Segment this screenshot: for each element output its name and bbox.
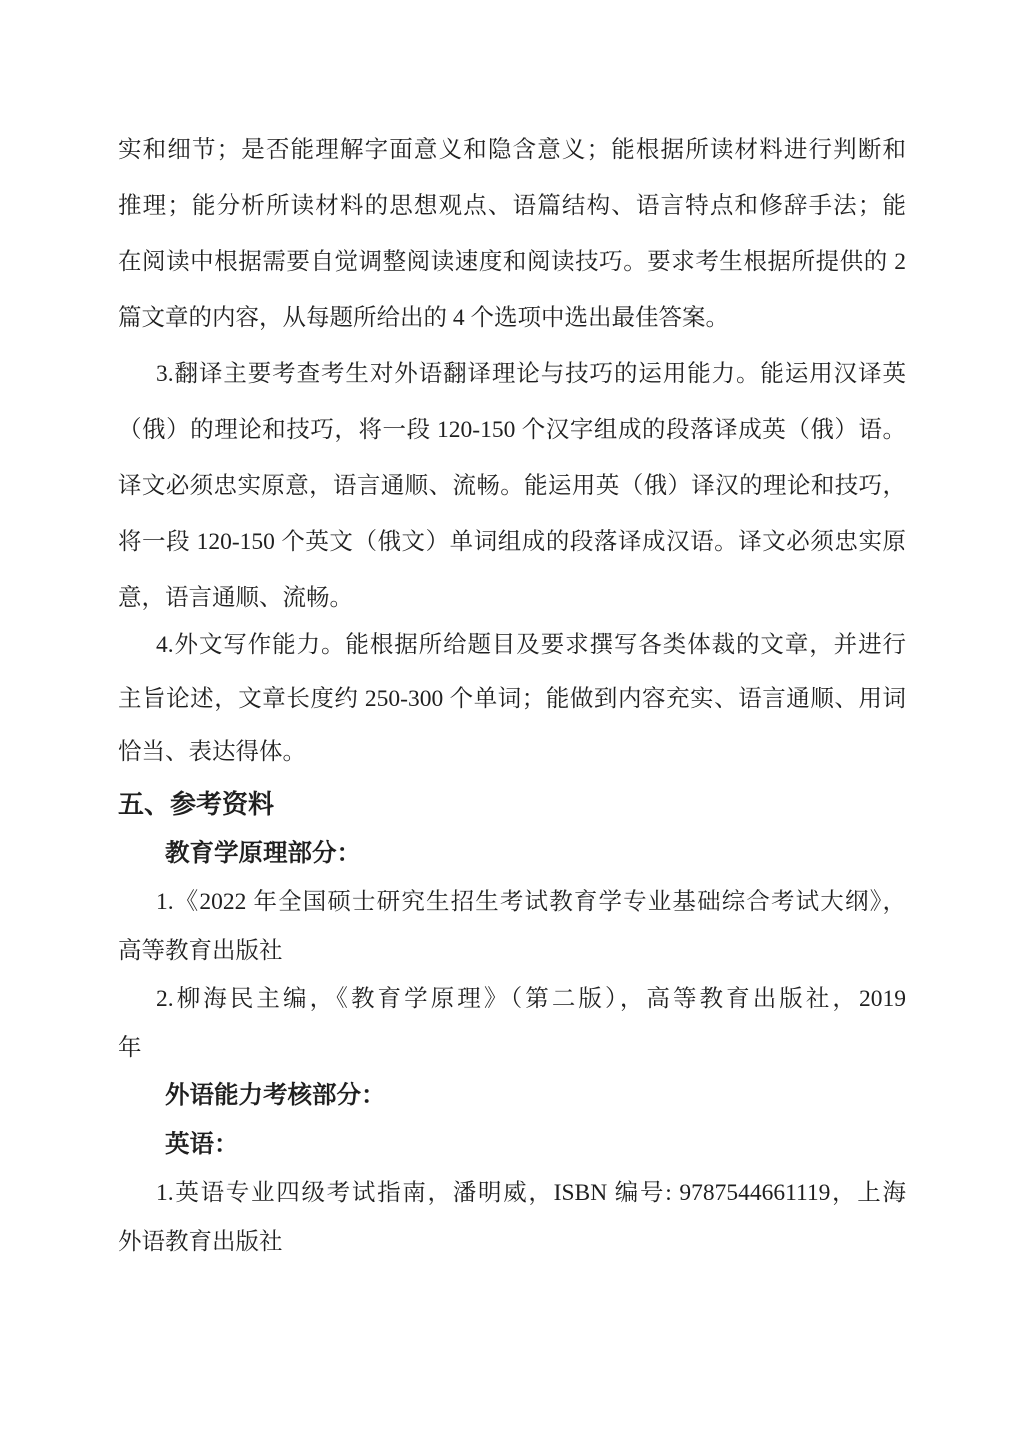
sub-heading: 教育学原理部分：	[118, 830, 906, 879]
text-line: 译文必须忠实原意，语言通顺、流畅。能运用英（俄）译汉的理论和技巧，	[118, 458, 906, 514]
text-line: （俄）的理论和技巧，将一段 120-150 个汉字组成的段落译成英（俄）语。	[118, 402, 906, 458]
section-reference-materials: 五、参考资料教育学原理部分：1.《2022 年全国硕士研究生招生考试教育学专业基…	[118, 781, 906, 1266]
section-reading-and-translation: 实和细节；是否能理解字面意义和隐含意义；能根据所读材料进行判断和推理；能分析所读…	[118, 122, 906, 626]
text-line: 实和细节；是否能理解字面意义和隐含意义；能根据所读材料进行判断和	[118, 122, 906, 178]
text-line: 4.外文写作能力。能根据所给题目及要求撰写各类体裁的文章，并进行	[118, 619, 906, 673]
text-line: 将一段 120-150 个英文（俄文）单词组成的段落译成汉语。译文必须忠实原	[118, 514, 906, 570]
text-line: 年	[118, 1024, 906, 1073]
text-line: 1.《2022 年全国硕士研究生招生考试教育学专业基础综合考试大纲》，	[118, 878, 906, 927]
section-writing-ability: 4.外文写作能力。能根据所给题目及要求撰写各类体裁的文章，并进行主旨论述，文章长…	[118, 619, 906, 780]
text-line: 3.翻译主要考查考生对外语翻译理论与技巧的运用能力。能运用汉译英	[118, 346, 906, 402]
section-heading: 五、参考资料	[118, 781, 906, 830]
text-line: 意，语言通顺、流畅。	[118, 570, 906, 626]
document-page: 实和细节；是否能理解字面意义和隐含意义；能根据所读材料进行判断和推理；能分析所读…	[0, 0, 1024, 1448]
text-line: 主旨论述，文章长度约 250-300 个单词；能做到内容充实、语言通顺、用词	[118, 673, 906, 727]
text-line: 2.柳海民主编，《教育学原理》（第二版），高等教育出版社，2019	[118, 975, 906, 1024]
text-line: 推理；能分析所读材料的思想观点、语篇结构、语言特点和修辞手法；能	[118, 178, 906, 234]
text-line: 1.英语专业四级考试指南，潘明威，ISBN 编号: 9787544661119，…	[118, 1169, 906, 1218]
sub-heading: 英语：	[118, 1121, 906, 1170]
text-line: 恰当、表达得体。	[118, 726, 906, 780]
sub-heading: 外语能力考核部分：	[118, 1072, 906, 1121]
text-line: 高等教育出版社	[118, 927, 906, 976]
text-line: 外语教育出版社	[118, 1218, 906, 1267]
text-line: 篇文章的内容，从每题所给出的 4 个选项中选出最佳答案。	[118, 290, 906, 346]
text-line: 在阅读中根据需要自觉调整阅读速度和阅读技巧。要求考生根据所提供的 2	[118, 234, 906, 290]
